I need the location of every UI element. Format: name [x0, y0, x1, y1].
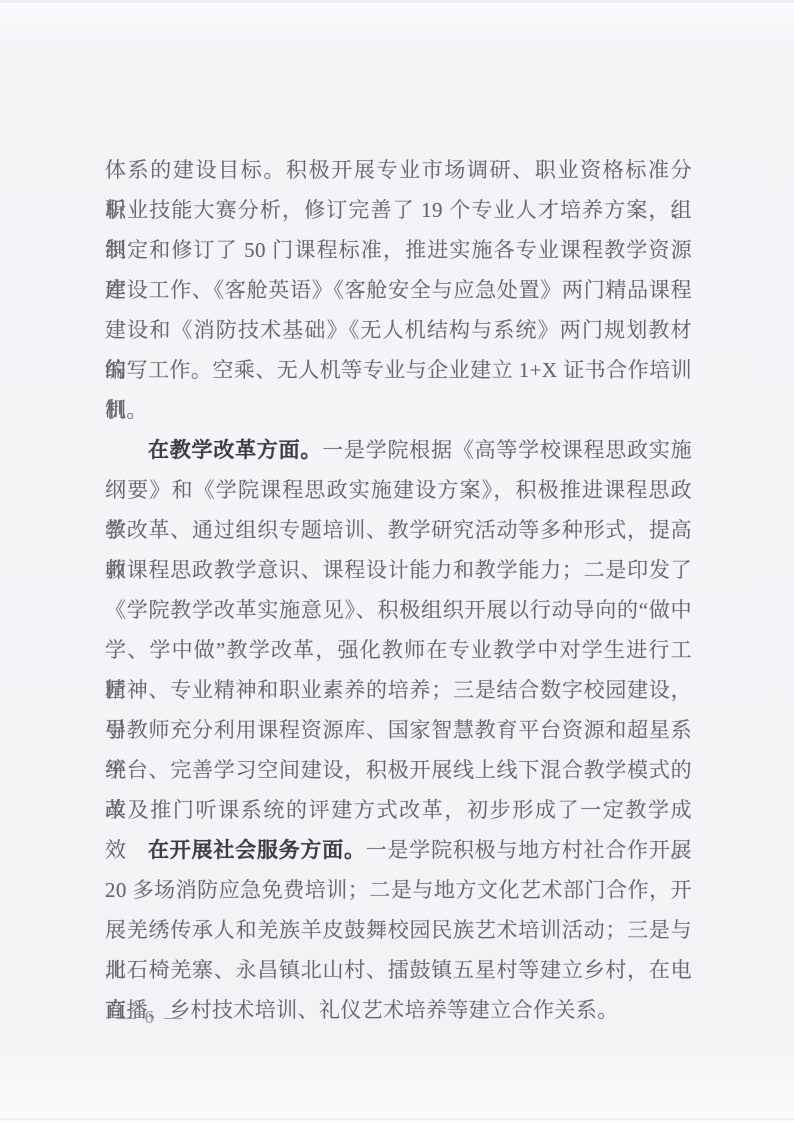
- text-line: 革及推门听课系统的评建方式改革，初步形成了一定教学成效。: [105, 790, 692, 830]
- text-line: 编写工作。空乘、无人机等专业与企业建立 1+X 证书合作培训机: [105, 350, 692, 390]
- text-line: 展羌绣传承人和羌族羊皮鼓舞校园民族艺术培训活动；三是与北: [105, 910, 692, 950]
- text-line: 直播、乡村技术培训、礼仪艺术培养等建立合作关系。: [105, 990, 692, 1030]
- text-line: 平台、完善学习空间建设，积极开展线上线下混合教学模式的改: [105, 750, 692, 790]
- text-line: 精神、专业精神和职业素养的培养；三是结合数字校园建设，引: [105, 670, 692, 710]
- text-line: 学改革、通过组织专题培训、教学研究活动等多种形式，提高教: [105, 510, 692, 550]
- text-line: 20 多场消防应急免费培训；二是与地方文化艺术部门合作，开: [105, 870, 692, 910]
- text-line: 在开展社会服务方面。一是学院积极与地方村社合作开展: [105, 830, 692, 870]
- text-line: 纲要》和《学院课程思政实施建设方案》，积极推进课程思政教: [105, 470, 692, 510]
- text-line: 建设工作、《客舱英语》《客舱安全与应急处置》两门精品课程: [105, 270, 692, 310]
- text-line: 师课程思政教学意识、课程设计能力和教学能力；二是印发了: [105, 550, 692, 590]
- text-line: 在教学改革方面。一是学院根据《高等学校课程思政实施: [105, 430, 692, 470]
- document-body: 体系的建设目标。积极开展专业市场调研、职业资格标准分析、职业技能大赛分析，修订完…: [105, 150, 692, 1030]
- text-line: 导教师充分利用课程资源库、国家智慧教育平台资源和超星系统: [105, 710, 692, 750]
- page-number: — 6 —: [116, 1003, 185, 1031]
- text-line: 制定和修订了 50 门课程标准，推进实施各专业课程教学资源库: [105, 230, 692, 270]
- text-line: 职业技能大赛分析，修订完善了 19 个专业人才培养方案，组织: [105, 190, 692, 230]
- text-line: 体系的建设目标。积极开展专业市场调研、职业资格标准分析、: [105, 150, 692, 190]
- scanned-document-page: 体系的建设目标。积极开展专业市场调研、职业资格标准分析、职业技能大赛分析，修订完…: [0, 0, 794, 1122]
- text-line: 《学院教学改革实施意见》、积极组织开展以行动导向的“做中: [105, 590, 692, 630]
- section-heading: 在教学改革方面。: [148, 438, 322, 462]
- text-line: 学、学中做”教学改革，强化教师在专业教学中对学生进行工匠: [105, 630, 692, 670]
- text-line: 建设和《消防技术基础》《无人机结构与系统》两门规划教材的: [105, 310, 692, 350]
- text-line: 川石椅羌寨、永昌镇北山村、擂鼓镇五星村等建立乡村，在电商: [105, 950, 692, 990]
- section-heading: 在开展社会服务方面。: [148, 838, 366, 862]
- text-line: 制。: [105, 390, 692, 430]
